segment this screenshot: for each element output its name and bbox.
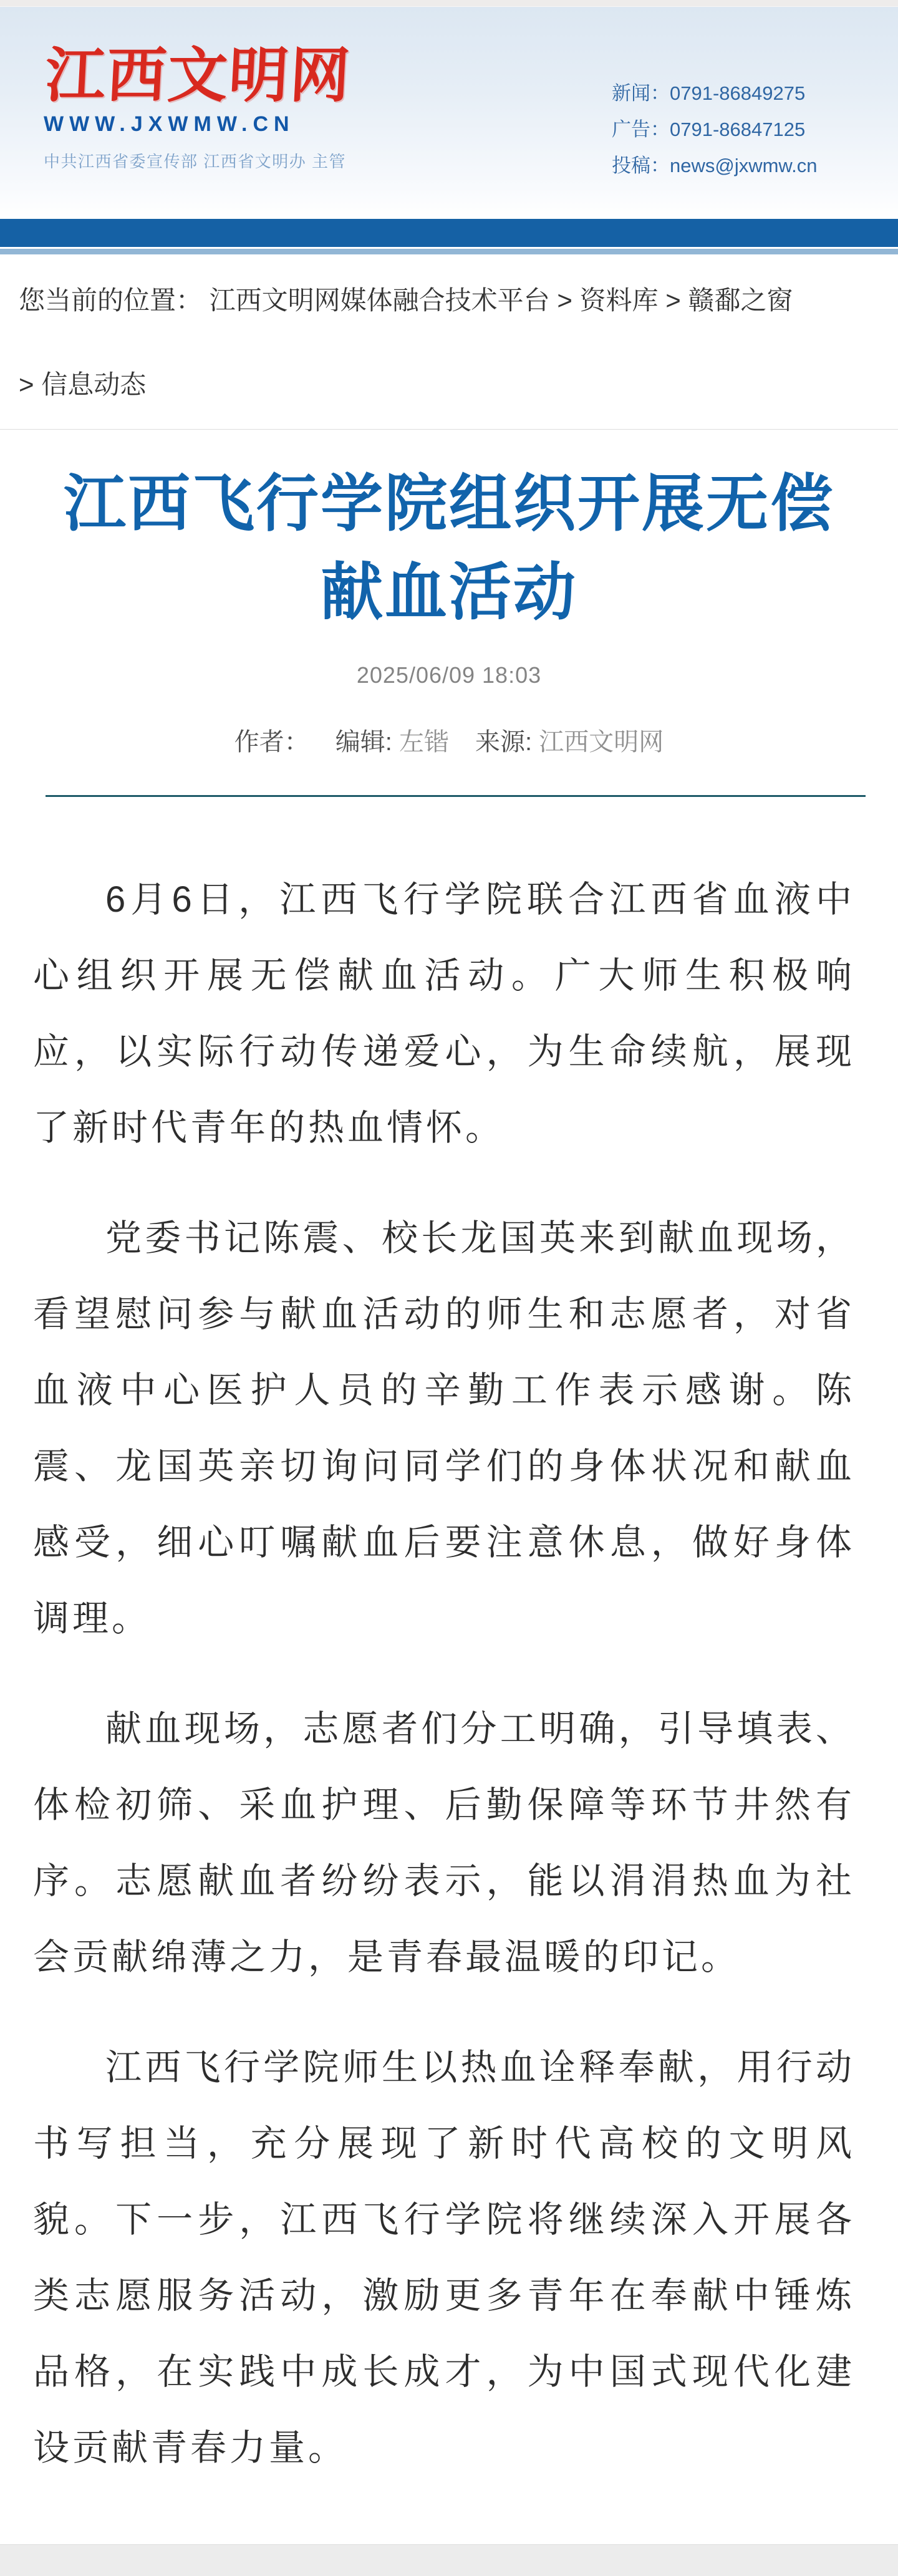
contact-submit-value: news@jxwmw.cn xyxy=(670,155,817,176)
contact-news: 新闻：0791-86849275 xyxy=(612,75,817,112)
top-gray-strip xyxy=(0,0,898,7)
article-paragraph: 献血现场，志愿者们分工明确，引导填表、体检初筛、采血护理、后勤保障等环节井然有序… xyxy=(33,1691,855,1995)
site-logo-text: 江西文明网 xyxy=(44,43,353,109)
contact-news-value: 0791-86849275 xyxy=(670,82,805,104)
site-masthead: 江西文明网 WWW.JXWMW.CN 中共江西省委宣传部 江西省文明办 主管 新… xyxy=(0,7,898,219)
contact-submit: 投稿：news@jxwmw.cn xyxy=(612,148,817,184)
article-body: 6月6日，江西飞行学院联合江西省血液中心组织开展无偿献血活动。广大师生积极响应，… xyxy=(0,797,898,2544)
article-paragraph: 江西飞行学院师生以热血诠释奉献，用行动书写担当，充分展现了新时代高校的文明风貌。… xyxy=(33,2030,855,2486)
contact-ad: 广告：0791-86847125 xyxy=(612,112,817,148)
site-url: WWW.JXWMW.CN xyxy=(44,113,349,136)
article-paragraph: 党委书记陈震、校长龙国英来到献血现场，看望慰问参与献血活动的师生和志愿者，对省血… xyxy=(33,1200,855,1657)
site-logo[interactable]: 江西文明网 WWW.JXWMW.CN 中共江西省委宣传部 江西省文明办 主管 xyxy=(44,43,349,171)
contact-ad-label: 广告： xyxy=(612,118,670,140)
author-label: 作者： xyxy=(234,728,309,756)
main-nav-bar[interactable] xyxy=(0,219,898,247)
editor-label: 编辑: xyxy=(336,728,399,756)
breadcrumb: 您当前的位置： 江西文明网媒体融合技术平台 > 资料库 > 赣鄱之窗 > 信息动… xyxy=(0,254,898,430)
article-meta: 作者：编辑: 左锴来源: 江西文明网 xyxy=(0,724,898,760)
nav-light-strip xyxy=(0,249,898,254)
source-name: 江西文明网 xyxy=(539,728,664,756)
contact-news-label: 新闻： xyxy=(612,82,670,104)
article-page: 江西飞行学院组织开展无偿献血活动 2025/06/09 18:03 作者：编辑:… xyxy=(0,460,898,2544)
breadcrumb-line-1[interactable]: 您当前的位置： 江西文明网媒体融合技术平台 > 资料库 > 赣鄱之窗 xyxy=(19,258,879,342)
page-title: 江西飞行学院组织开展无偿献血活动 xyxy=(62,460,836,637)
source-label: 来源: xyxy=(475,728,539,756)
article-paragraph: 6月6日，江西飞行学院联合江西省血液中心组织开展无偿献血活动。广大师生积极响应，… xyxy=(33,862,855,1166)
contact-ad-value: 0791-86847125 xyxy=(670,118,805,140)
editor-name: 左锴 xyxy=(399,728,449,756)
breadcrumb-line-2[interactable]: > 信息动态 xyxy=(19,342,879,427)
contact-info: 新闻：0791-86849275 广告：0791-86847125 投稿：new… xyxy=(612,75,817,184)
publish-datetime: 2025/06/09 18:03 xyxy=(0,658,898,693)
page-footer xyxy=(0,2544,898,2576)
contact-submit-label: 投稿： xyxy=(612,155,670,176)
site-tagline: 中共江西省委宣传部 江西省文明办 主管 xyxy=(44,152,349,171)
